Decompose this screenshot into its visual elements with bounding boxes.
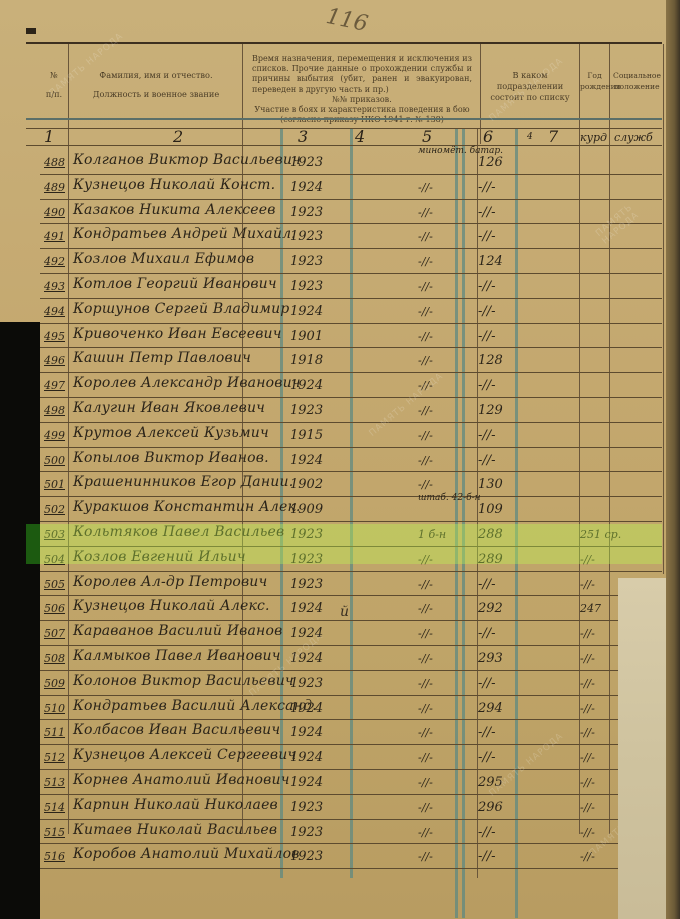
header-number: № п/п. bbox=[40, 70, 68, 100]
birth-year: 1923 bbox=[290, 849, 323, 864]
colnum-2: 2 bbox=[173, 127, 183, 146]
table-row: 513Корнев Анатолий Иванович1924-//-295-/… bbox=[40, 770, 662, 795]
page-binding-edge bbox=[666, 0, 680, 919]
colnum-4: 4 bbox=[355, 127, 365, 146]
rank-note: -//- bbox=[580, 826, 595, 839]
table-row: 511Колбасов Иван Васильевич1924-//--//--… bbox=[40, 720, 662, 745]
row-number: 509 bbox=[44, 677, 65, 690]
birth-year: 1923 bbox=[290, 676, 323, 691]
list-number: -//- bbox=[478, 329, 496, 344]
list-number: 296 bbox=[478, 800, 503, 815]
list-number: 128 bbox=[478, 353, 503, 368]
rank-note: -//- bbox=[580, 726, 595, 739]
birth-year: 1924 bbox=[290, 725, 323, 740]
row-number: 511 bbox=[44, 726, 65, 739]
list-number: -//- bbox=[478, 626, 496, 641]
unit-assignment: -//- bbox=[418, 627, 433, 640]
birth-year: 1923 bbox=[290, 825, 323, 840]
row-number: 491 bbox=[44, 230, 65, 243]
row-number: 492 bbox=[44, 255, 65, 268]
table-top-border bbox=[26, 42, 662, 44]
rank-note: -//- bbox=[580, 801, 595, 814]
row-number: 513 bbox=[44, 776, 65, 789]
soldier-name: Колганов Виктор Васильевич bbox=[73, 152, 301, 168]
column-number-top-rule bbox=[26, 128, 662, 129]
table-row: 514Карпин Николай Николаев1923-//-296-//… bbox=[40, 795, 662, 820]
unit-assignment: -//- bbox=[418, 801, 433, 814]
soldier-name: Калугин Иван Яковлевич bbox=[73, 400, 265, 416]
unit-assignment: -//- bbox=[418, 702, 433, 715]
birth-year: 1909 bbox=[290, 502, 323, 517]
soldier-name: Кондратьев Василий Александ. bbox=[73, 698, 317, 714]
header-number-line2: п/п. bbox=[40, 89, 68, 100]
unit-assignment: -//- bbox=[418, 454, 433, 467]
row-number: 506 bbox=[44, 602, 65, 615]
colnum-3: 3 bbox=[298, 127, 308, 146]
list-number: 293 bbox=[478, 651, 503, 666]
list-number: -//- bbox=[478, 750, 496, 765]
list-number: -//- bbox=[478, 229, 496, 244]
list-number: -//- bbox=[478, 304, 496, 319]
row-number: 500 bbox=[44, 454, 65, 467]
soldier-name: Королев Александр Иванович bbox=[73, 375, 301, 391]
table-row: 512Кузнецов Алексей Сергеевич1924-//--//… bbox=[40, 745, 662, 770]
row-number: 489 bbox=[44, 181, 65, 194]
rank-note: -//- bbox=[580, 677, 595, 690]
unit-assignment: -//- bbox=[418, 850, 433, 863]
table-row: 489Кузнецов Николай Конст.1924-//--//- bbox=[40, 175, 662, 200]
row-number: 496 bbox=[44, 354, 65, 367]
row-number: 497 bbox=[44, 379, 65, 392]
soldier-name: Кашин Петр Павлович bbox=[73, 350, 251, 366]
unit-assignment: -//- bbox=[418, 751, 433, 764]
list-number: -//- bbox=[478, 676, 496, 691]
header-name-line1: Фамилия, имя и отчество. bbox=[72, 70, 240, 81]
birth-year: 1923 bbox=[290, 800, 323, 815]
unit-assignment: -//- bbox=[418, 652, 433, 665]
table-row: 493Котлов Георгий Иванович1923-//--//- bbox=[40, 274, 662, 299]
soldier-name: Кузнецов Николай Алекс. bbox=[73, 598, 270, 614]
list-number: 294 bbox=[478, 701, 503, 716]
row-number: 507 bbox=[44, 627, 65, 640]
birth-year: 1923 bbox=[290, 577, 323, 592]
list-number: -//- bbox=[478, 205, 496, 220]
soldier-name: Коршунов Сергей Владимир bbox=[73, 301, 289, 317]
rank-note: -//- bbox=[580, 702, 595, 715]
row-number: 510 bbox=[44, 702, 65, 715]
birth-year: 1924 bbox=[290, 601, 323, 616]
birth-year: 1902 bbox=[290, 477, 323, 492]
header-bottom-rule bbox=[26, 118, 662, 120]
soldier-name: Кузнецов Алексей Сергеевич bbox=[73, 747, 296, 763]
table-row: 492Козлов Михаил Ефимов1923-//-124 bbox=[40, 249, 662, 274]
birth-year: 1923 bbox=[290, 279, 323, 294]
list-number: -//- bbox=[478, 725, 496, 740]
rank-note: -//- bbox=[580, 652, 595, 665]
list-number: -//- bbox=[478, 849, 496, 864]
birth-year: 1924 bbox=[290, 775, 323, 790]
header-number-line1: № bbox=[40, 70, 68, 81]
row-number: 499 bbox=[44, 429, 65, 442]
colnum-print-4: 4 bbox=[527, 132, 533, 142]
header-service-text: Время назначения, перемещения и исключен… bbox=[252, 54, 472, 95]
soldier-name: Колонов Виктор Васильевич bbox=[73, 673, 294, 689]
row-highlight bbox=[26, 524, 662, 564]
table-row: 509Колонов Виктор Васильевич1923-//--//-… bbox=[40, 671, 662, 696]
colnum-social-handwritten: служб bbox=[614, 131, 653, 144]
soldier-name: Караванов Василий Иванов bbox=[73, 623, 282, 639]
birth-year: 1918 bbox=[290, 353, 323, 368]
row-number: 501 bbox=[44, 478, 65, 491]
table-row: 491Кондратьев Андрей Михайл.1923-//--//- bbox=[40, 224, 662, 249]
list-number: -//- bbox=[478, 825, 496, 840]
list-number: 295 bbox=[478, 775, 503, 790]
rank-note: 247 bbox=[580, 602, 601, 615]
header-name-line2: Должность и военное звание bbox=[72, 89, 240, 100]
unit-assignment: -//- bbox=[418, 776, 433, 789]
birth-year: 1924 bbox=[290, 651, 323, 666]
unit-assignment: -//- bbox=[418, 206, 433, 219]
list-number: -//- bbox=[478, 428, 496, 443]
list-number: -//- bbox=[478, 577, 496, 592]
row-number: 490 bbox=[44, 206, 65, 219]
birth-year: 1923 bbox=[290, 403, 323, 418]
colnum-7: 7 bbox=[548, 127, 558, 146]
row-number: 488 bbox=[44, 156, 65, 169]
rank-note: -//- bbox=[580, 751, 595, 764]
birth-year: 1924 bbox=[290, 378, 323, 393]
birth-year: 1924 bbox=[290, 180, 323, 195]
unit-assignment: -//- bbox=[418, 280, 433, 293]
row-number: 512 bbox=[44, 751, 65, 764]
list-number: 109 bbox=[478, 502, 503, 517]
table-row: 500Копылов Виктор Иванов.1924-//--//- bbox=[40, 448, 662, 473]
colnum-5: 5 bbox=[422, 127, 432, 146]
row-number: 505 bbox=[44, 578, 65, 591]
soldier-name: Колбасов Иван Васильевич bbox=[73, 722, 280, 738]
table-row: 506Кузнецов Николай Алекс.1924-//-292247 bbox=[40, 596, 662, 621]
unit-assignment: -//- bbox=[418, 578, 433, 591]
col-divider bbox=[480, 44, 481, 144]
unit-assignment: -//- bbox=[418, 354, 433, 367]
row-number: 502 bbox=[44, 503, 65, 516]
colnum-6: 6 bbox=[483, 127, 493, 146]
table-row: 490Казаков Никита Алексеев1923-//--//- bbox=[40, 200, 662, 225]
unit-assignment: -//- bbox=[418, 429, 433, 442]
table-row: 495Кривоченко Иван Евсеевич1901-//--//- bbox=[40, 324, 662, 349]
birth-year: 1923 bbox=[290, 155, 323, 170]
list-number: -//- bbox=[478, 453, 496, 468]
colnum-1: 1 bbox=[44, 127, 54, 146]
unit-assignment: -//- bbox=[418, 181, 433, 194]
header-service-participation: Участие в боях и характеристика поведени… bbox=[252, 105, 472, 115]
soldier-name: Калмыков Павел Иванович bbox=[73, 648, 281, 664]
soldier-name: Копылов Виктор Иванов. bbox=[73, 450, 269, 466]
unit-assignment: -//- bbox=[418, 404, 433, 417]
row-number: 508 bbox=[44, 652, 65, 665]
list-number: 130 bbox=[478, 477, 503, 492]
unit-assignment: -//- bbox=[418, 330, 433, 343]
rank-note: -//- bbox=[580, 776, 595, 789]
col-divider bbox=[663, 44, 664, 574]
birth-year: 1924 bbox=[290, 453, 323, 468]
soldier-name: Котлов Георгий Иванович bbox=[73, 276, 277, 292]
list-number: 292 bbox=[478, 601, 503, 616]
unit-assignment: -//- bbox=[418, 255, 433, 268]
unit-assignment: -//- bbox=[418, 305, 433, 318]
list-number: -//- bbox=[478, 180, 496, 195]
unit-assignment: -//- bbox=[418, 726, 433, 739]
list-number: -//- bbox=[478, 279, 496, 294]
table-row: 508Калмыков Павел Иванович1924-//-293-//… bbox=[40, 646, 662, 671]
unit-assignment: -//- bbox=[418, 826, 433, 839]
birth-year: 1901 bbox=[290, 329, 323, 344]
table-row: 505Королев Ал-др Петрович1923-//--//--//… bbox=[40, 572, 662, 597]
unit-assignment: -//- bbox=[418, 379, 433, 392]
unit-assignment: -//- bbox=[418, 602, 433, 615]
birth-year: 1915 bbox=[290, 428, 323, 443]
table-row: 501Крашенинников Егор Дании.1902-//-130 bbox=[40, 472, 662, 497]
soldier-name: Куракшов Константин Алек. bbox=[73, 499, 301, 515]
unit-assignment: -//- bbox=[418, 230, 433, 243]
table-row: 516Коробов Анатолий Михайлов1923-//--//-… bbox=[40, 844, 662, 869]
table-row: 488Колганов Виктор Васильевич1923миномёт… bbox=[40, 150, 662, 175]
table-row: 507Караванов Василий Иванов1924-//--//--… bbox=[40, 621, 662, 646]
soldier-name: Кузнецов Николай Конст. bbox=[73, 177, 275, 193]
header-service-ref: (согласно приказу НКО 1941 г. № 138) bbox=[252, 115, 472, 125]
colnum-birth-handwritten: курд bbox=[580, 131, 607, 144]
soldier-name: Китаев Николай Васильев bbox=[73, 822, 277, 838]
row-highlight-edge bbox=[26, 524, 40, 564]
list-number: -//- bbox=[478, 378, 496, 393]
row-number: 498 bbox=[44, 404, 65, 417]
row-number: 515 bbox=[44, 826, 65, 839]
row-number: 495 bbox=[44, 330, 65, 343]
table-row: 515Китаев Николай Васильев1923-//--//--/… bbox=[40, 820, 662, 845]
unit-assignment: -//- bbox=[418, 677, 433, 690]
list-number: 124 bbox=[478, 254, 503, 269]
header-service-orders: №№ приказов. bbox=[252, 95, 472, 105]
table-row: 499Крутов Алексей Кузьмич1915-//--//- bbox=[40, 423, 662, 448]
soldier-name: Кондратьев Андрей Михайл. bbox=[73, 226, 296, 242]
soldier-name: Корнев Анатолий Иванович bbox=[73, 772, 290, 788]
soldier-name: Козлов Михаил Ефимов bbox=[73, 251, 254, 267]
table-row: 496Кашин Петр Павлович1918-//-128 bbox=[40, 348, 662, 373]
rank-note: -//- bbox=[580, 578, 595, 591]
soldier-name: Кривоченко Иван Евсеевич bbox=[73, 326, 282, 342]
list-number: 129 bbox=[478, 403, 503, 418]
birth-year: 1924 bbox=[290, 750, 323, 765]
ink-blot bbox=[26, 28, 36, 34]
header-service: Время назначения, перемещения и исключен… bbox=[252, 54, 472, 125]
row-number: 516 bbox=[44, 850, 65, 863]
soldier-name: Королев Ал-др Петрович bbox=[73, 574, 267, 590]
table-row: 502Куракшов Константин Алек.1909штаб. 42… bbox=[40, 497, 662, 522]
row-number: 493 bbox=[44, 280, 65, 293]
rank-note: -//- bbox=[580, 627, 595, 640]
unit-assignment: штаб. 42-б-н bbox=[418, 493, 481, 504]
soldier-name: Крутов Алексей Кузьмич bbox=[73, 425, 269, 441]
soldier-name: Карпин Николай Николаев bbox=[73, 797, 278, 813]
archive-document-page: 116 № п/п. Фамилия, имя и отчество. Долж… bbox=[0, 0, 680, 919]
birth-year: 1924 bbox=[290, 701, 323, 716]
table-row: 494Коршунов Сергей Владимир1924-//--//- bbox=[40, 299, 662, 324]
header-name: Фамилия, имя и отчество. Должность и вое… bbox=[72, 70, 240, 100]
list-number: 126 bbox=[478, 155, 503, 170]
soldier-name: Крашенинников Егор Дании. bbox=[73, 474, 293, 490]
row-number: 494 bbox=[44, 305, 65, 318]
soldier-name: Коробов Анатолий Михайлов bbox=[73, 846, 300, 862]
birth-year: 1923 bbox=[290, 229, 323, 244]
row-number: 514 bbox=[44, 801, 65, 814]
table-row: 497Королев Александр Иванович1924-//--//… bbox=[40, 373, 662, 398]
row-rule bbox=[40, 868, 662, 869]
birth-year: 1923 bbox=[290, 205, 323, 220]
birth-year: 1924 bbox=[290, 626, 323, 641]
soldier-name: Казаков Никита Алексеев bbox=[73, 202, 276, 218]
header-social-status: Социальное положение bbox=[612, 70, 662, 92]
scan-black-margin bbox=[0, 322, 40, 919]
unit-assignment: -//- bbox=[418, 478, 433, 491]
margin-note: й bbox=[340, 604, 349, 620]
header-birth-year: Год рождения bbox=[580, 70, 609, 92]
rank-note: -//- bbox=[580, 850, 595, 863]
header-unit: В каком подразделении состоит по списку bbox=[484, 70, 576, 103]
table-row: 510Кондратьев Василий Александ.1924-//-2… bbox=[40, 696, 662, 721]
birth-year: 1924 bbox=[290, 304, 323, 319]
page-number: 116 bbox=[324, 4, 370, 37]
table-row: 498Калугин Иван Яковлевич1923-//-129 bbox=[40, 398, 662, 423]
birth-year: 1923 bbox=[290, 254, 323, 269]
column-number-bottom-rule bbox=[26, 145, 662, 146]
